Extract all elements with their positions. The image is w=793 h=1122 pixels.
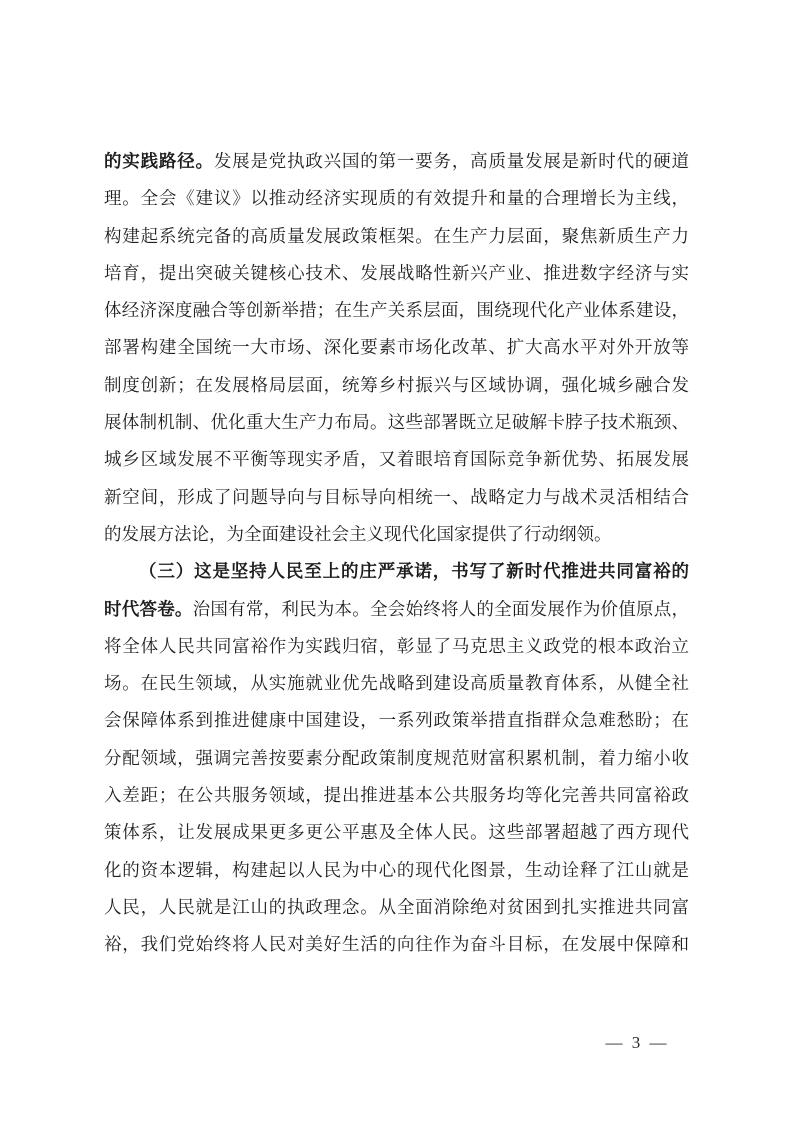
text-segment: 会保障体系到推进健康中国建设，一系列政策举措直指群众急难愁盼；在 xyxy=(104,710,689,730)
bold-text-segment: 时代答卷。 xyxy=(104,599,193,619)
text-line: 制度创新；在发展格局层面，统筹乡村振兴与区域协调，强化城乡融合发 xyxy=(104,367,689,404)
text-line: 将全体人民共同富裕作为实践归宿，彰显了马克思主义政党的根本政治立 xyxy=(104,628,689,665)
text-segment: 的发展方法论，为全面建设社会主义现代化国家提供了行动纲领。 xyxy=(104,524,612,544)
text-segment: 治国有常，利民为本。全会始终将人的全面发展作为价值原点， xyxy=(193,599,689,619)
text-line: 裕，我们党始终将人民对美好生活的向往作为奋斗目标，在发展中保障和 xyxy=(104,926,689,963)
text-line: 展体制机制、优化重大生产力布局。这些部署既立足破解卡脖子技术瓶颈、 xyxy=(104,404,689,441)
bold-text-segment: （三）这是坚持人民至上的庄严承诺，书写了新时代推进共同富裕的 xyxy=(139,561,689,581)
text-line: 理。全会《建议》以推动经济实现质的有效提升和量的合理增长为主线， xyxy=(104,180,689,217)
text-segment: 展体制机制、优化重大生产力布局。这些部署既立足破解卡脖子技术瓶颈、 xyxy=(104,412,689,432)
text-segment: 理。全会《建议》以推动经济实现质的有效提升和量的合理增长为主线， xyxy=(104,188,689,208)
text-segment: 新空间，形成了问题导向与目标导向相统一、战略定力与战术灵活相结合 xyxy=(104,487,689,507)
text-line: 入差距；在公共服务领域，提出推进基本公共服务均等化完善共同富裕政 xyxy=(104,777,689,814)
text-segment: 发展是党执政兴国的第一要务，高质量发展是新时代的硬道 xyxy=(214,151,689,171)
text-line: 培育，提出突破关键核心技术、发展战略性新兴产业、推进数字经济与实 xyxy=(104,255,689,292)
text-line: 体经济深度融合等创新举措；在生产关系层面，围绕现代化产业体系建设， xyxy=(104,292,689,329)
text-segment: 部署构建全国统一大市场、深化要素市场化改革、扩大高水平对外开放等 xyxy=(104,337,689,357)
text-line: 时代答卷。治国有常，利民为本。全会始终将人的全面发展作为价值原点， xyxy=(104,591,689,628)
text-segment: 策体系，让发展成果更多更公平惠及全体人民。这些部署超越了西方现代 xyxy=(104,822,689,842)
text-line: 分配领域，强调完善按要素分配政策制度规范财富积累机制，着力缩小收 xyxy=(104,740,689,777)
text-line: 新空间，形成了问题导向与目标导向相统一、战略定力与战术灵活相结合 xyxy=(104,479,689,516)
body-text: 的实践路径。发展是党执政兴国的第一要务，高质量发展是新时代的硬道理。全会《建议》… xyxy=(104,143,689,964)
text-segment: 化的资本逻辑，构建起以人民为中心的现代化图景，生动诠释了江山就是 xyxy=(104,860,689,880)
text-line: 人民，人民就是江山的执政理念。从全面消除绝对贫困到扎实推进共同富 xyxy=(104,889,689,926)
text-line: 策体系，让发展成果更多更公平惠及全体人民。这些部署超越了西方现代 xyxy=(104,814,689,851)
text-segment: 培育，提出突破关键核心技术、发展战略性新兴产业、推进数字经济与实 xyxy=(104,263,689,283)
page-number: — 3 — xyxy=(590,1031,682,1055)
text-segment: 城乡区域发展不平衡等现实矛盾，又着眼培育国际竞争新优势、拓展发展 xyxy=(104,449,689,469)
text-line: 会保障体系到推进健康中国建设，一系列政策举措直指群众急难愁盼；在 xyxy=(104,702,689,739)
text-segment: 制度创新；在发展格局层面，统筹乡村振兴与区域协调，强化城乡融合发 xyxy=(104,375,689,395)
text-line: 构建起系统完备的高质量发展政策框架。在生产力层面，聚焦新质生产力 xyxy=(104,218,689,255)
text-line: 的发展方法论，为全面建设社会主义现代化国家提供了行动纲领。 xyxy=(104,516,689,553)
text-segment: 场。在民生领域，从实施就业优先战略到建设高质量教育体系，从健全社 xyxy=(104,673,689,693)
text-line: 的实践路径。发展是党执政兴国的第一要务，高质量发展是新时代的硬道 xyxy=(104,143,689,180)
text-line: 场。在民生领域，从实施就业优先战略到建设高质量教育体系，从健全社 xyxy=(104,665,689,702)
text-segment: 分配领域，强调完善按要素分配政策制度规范财富积累机制，着力缩小收 xyxy=(104,748,689,768)
text-line: 部署构建全国统一大市场、深化要素市场化改革、扩大高水平对外开放等 xyxy=(104,329,689,366)
text-line: 化的资本逻辑，构建起以人民为中心的现代化图景，生动诠释了江山就是 xyxy=(104,852,689,889)
text-line: 城乡区域发展不平衡等现实矛盾，又着眼培育国际竞争新优势、拓展发展 xyxy=(104,441,689,478)
document-page: 的实践路径。发展是党执政兴国的第一要务，高质量发展是新时代的硬道理。全会《建议》… xyxy=(0,0,793,1122)
text-segment: 裕，我们党始终将人民对美好生活的向往作为奋斗目标，在发展中保障和 xyxy=(104,934,689,954)
text-segment: 构建起系统完备的高质量发展政策框架。在生产力层面，聚焦新质生产力 xyxy=(104,226,689,246)
text-segment: 入差距；在公共服务领域，提出推进基本公共服务均等化完善共同富裕政 xyxy=(104,785,689,805)
text-segment: 人民，人民就是江山的执政理念。从全面消除绝对贫困到扎实推进共同富 xyxy=(104,897,689,917)
bold-text-segment: 的实践路径。 xyxy=(104,151,214,171)
text-segment: 体经济深度融合等创新举措；在生产关系层面，围绕现代化产业体系建设， xyxy=(104,300,689,320)
text-line: （三）这是坚持人民至上的庄严承诺，书写了新时代推进共同富裕的 xyxy=(104,553,689,590)
text-segment: 将全体人民共同富裕作为实践归宿，彰显了马克思主义政党的根本政治立 xyxy=(104,636,689,656)
